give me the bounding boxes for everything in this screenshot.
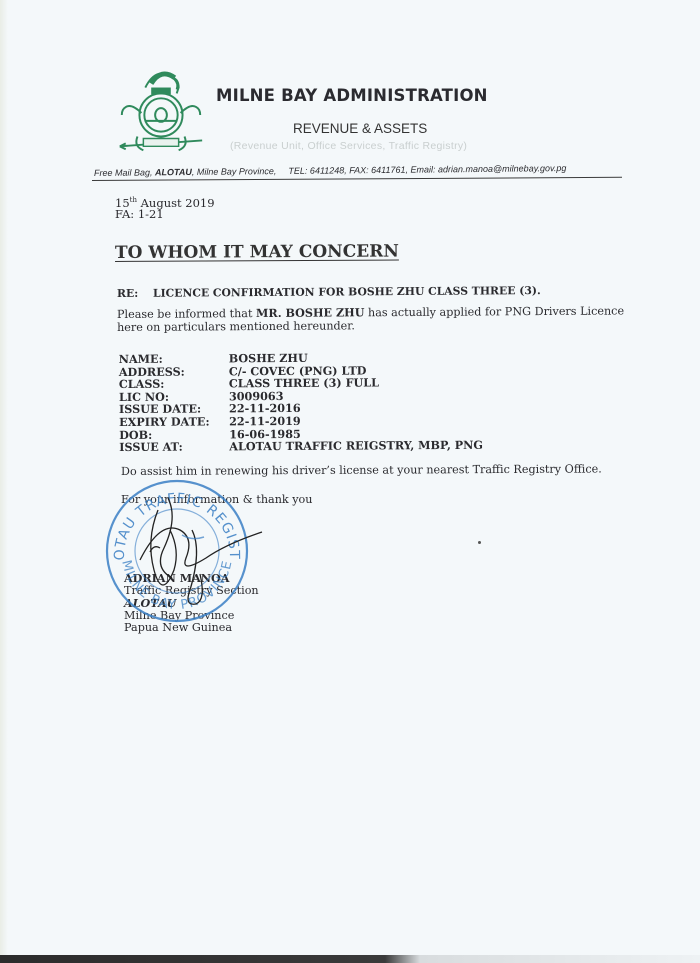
intro-before: Please be informed that <box>117 307 256 321</box>
intro-paragraph: Please be informed that MR. BOSHE ZHU ha… <box>117 304 637 334</box>
department-units: (Revenue Unit, Office Services, Traffic … <box>230 140 467 152</box>
address-town: ALOTAU <box>155 167 192 177</box>
scan-speck <box>478 541 481 544</box>
address-suffix: , Milne Bay Province, <box>192 166 277 177</box>
file-reference: FA: 1-21 <box>115 207 164 221</box>
subject-label: RE: <box>117 287 153 300</box>
organization-name: MILNE BAY ADMINISTRATION <box>216 86 488 105</box>
handwritten-signature-icon <box>130 490 270 610</box>
detail-value: 22-11-2019 <box>229 415 301 428</box>
detail-value: CLASS THREE (3) FULL <box>229 377 379 391</box>
subject-line: RE:LICENCE CONFIRMATION FOR BOSHE ZHU CL… <box>117 284 541 300</box>
licence-details: NAME:BOSHE ZHU ADDRESS:C/- COVEC (PNG) L… <box>119 351 483 454</box>
detail-label: NAME: <box>119 352 229 365</box>
letterhead-address: Free Mail Bag, ALOTAU, Milne Bay Provinc… <box>94 163 566 178</box>
salutation-heading: TO WHOM IT MAY CONCERN <box>115 242 399 263</box>
detail-label: ISSUE AT: <box>119 440 229 453</box>
contact-details: TEL: 6411248, FAX: 6411761, Email: adria… <box>288 163 566 176</box>
subject-text: LICENCE CONFIRMATION FOR BOSHE ZHU CLASS… <box>153 284 541 300</box>
detail-row: ISSUE AT:ALOTAU TRAFFIC REIGSTRY, MBP, P… <box>119 439 483 454</box>
detail-label: CLASS: <box>119 378 229 391</box>
intro-name: MR. BOSHE ZHU <box>256 305 365 320</box>
scan-edge-left <box>0 0 8 963</box>
detail-value: ALOTAU TRAFFIC REIGSTRY, MBP, PNG <box>229 439 483 453</box>
detail-label: EXPIRY DATE: <box>119 415 229 428</box>
address-prefix: Free Mail Bag, <box>94 167 155 178</box>
scan-edge-bottom <box>0 955 700 963</box>
date-suffix: th <box>130 196 137 204</box>
department-name: REVENUE & ASSETS <box>293 121 427 136</box>
provincial-crest-icon <box>112 63 210 163</box>
header-divider <box>92 177 622 181</box>
